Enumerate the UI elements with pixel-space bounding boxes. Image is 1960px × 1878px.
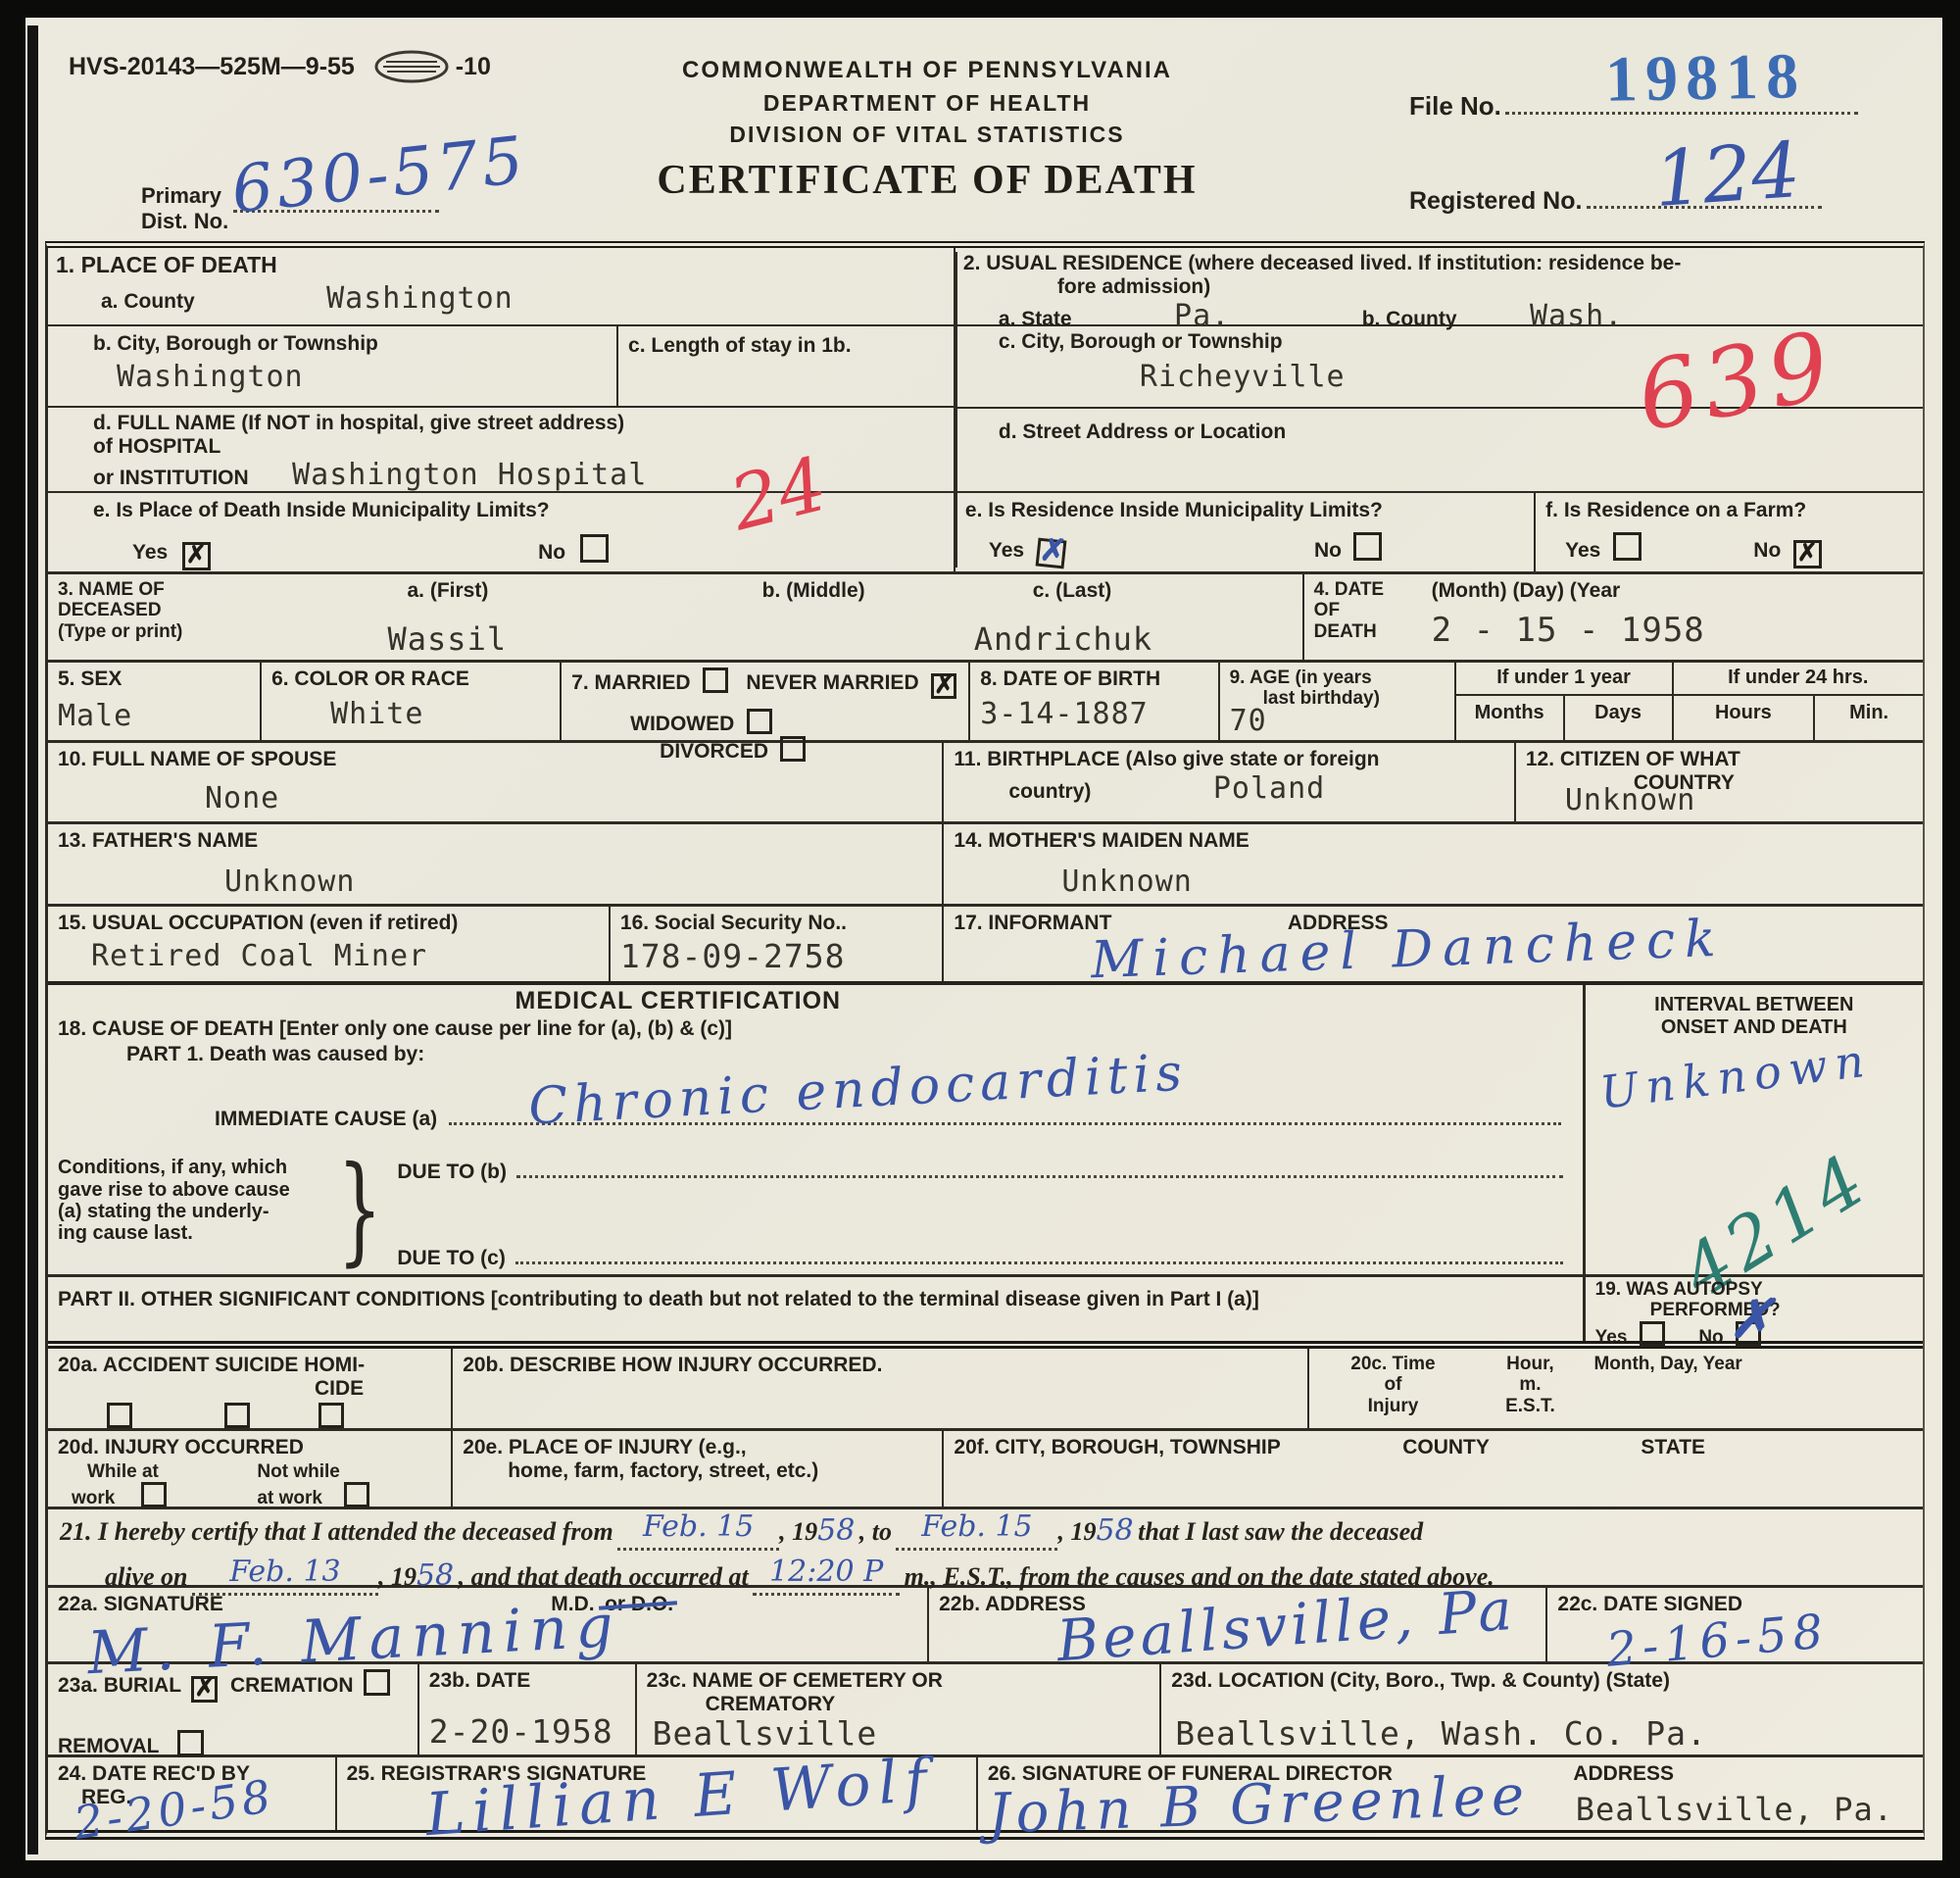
primary-dist-row: Primary Dist. No. 630-575 [141, 171, 439, 233]
sec3c-value: Andrichuk [974, 620, 1293, 658]
scanned-death-certificate: { "colors":{"paper":"#ebe8dc","ink_black… [0, 0, 1960, 1878]
checkbox-accident [107, 1403, 132, 1428]
sec11-label1: 11. BIRTHPLACE (Also give state or forei… [954, 748, 1503, 771]
sec4-cols: (Month) (Day) (Year [1432, 579, 1913, 603]
sec8-cell: 8. DATE OF BIRTH 3-14-1887 [970, 663, 1219, 740]
checkbox-widowed [747, 709, 772, 734]
sec7-widowed-label: WIDOWED [630, 713, 734, 735]
sec14-cell: 14. MOTHER'S MAIDEN NAME Unknown [944, 824, 1923, 904]
page-title: CERTIFICATE OF DEATH [496, 157, 1358, 204]
sec18-title: 18. CAUSE OF DEATH [Enter only one cause… [58, 1017, 1573, 1041]
sec20a-line1: 20a. ACCIDENT SUICIDE HOMI- [58, 1354, 441, 1377]
sec20c-time-label: 20c. Time of Injury [1319, 1354, 1466, 1423]
sec1b-label: b. City, Borough or Township [93, 332, 607, 356]
certify-p1: 21. I hereby certify that I attended the… [60, 1517, 613, 1546]
sec20c-cell: 20c. Time of Injury Hour, m. E.S.T. Mont… [1309, 1349, 1923, 1428]
sec12-cell: 12. CITIZEN OF WHAT COUNTRY Unknown [1516, 743, 1923, 821]
sec1e-no-label: No [538, 541, 565, 564]
interval-a-value: Unknown [1596, 1033, 1874, 1119]
sec16-cell: 16. Social Security No.. 178-09-2758 [611, 907, 945, 981]
sec20f-state-label: STATE [1641, 1436, 1705, 1458]
sec23b-label: 23b. DATE [429, 1669, 625, 1693]
sec22a-cell: 22a. SIGNATURE M.D. or D.O. M. F. Mannin… [48, 1588, 929, 1661]
sec22c-cell: 22c. DATE SIGNED 2-16-58 [1547, 1588, 1923, 1661]
sec8-value: 3-14-1887 [980, 697, 1207, 731]
section-2-usual-residence: 2. USUAL RESIDENCE (where deceased lived… [955, 248, 1923, 571]
sec2e-yes-label: Yes [989, 539, 1024, 562]
registered-no-label: Registered No. [1409, 187, 1582, 215]
section-1-place-of-death: 1. PLACE OF DEATH a. County Washington b… [48, 248, 955, 571]
row-place-residence: 1. PLACE OF DEATH a. County Washington b… [48, 248, 1923, 574]
header: HVS-20143—525M—9-55 -10 COMMONWEALTH OF … [25, 18, 1942, 241]
sec4-value: 2 - 15 - 1958 [1432, 611, 1913, 650]
file-no-row: File No. 19818 [1409, 88, 1919, 122]
sec9-hours-label: Hours [1674, 696, 1816, 742]
checkbox-res-municipality-yes: ✗ [1035, 538, 1066, 569]
conditions-note: Conditions, if any, which gave rise to a… [58, 1157, 322, 1270]
sec9-months-label: Months [1456, 696, 1565, 742]
sec2e-cell: e. Is Residence Inside Municipality Limi… [955, 493, 1536, 574]
certify-p8: , and that death occurred at [459, 1562, 749, 1591]
sec5-value: Male [58, 699, 250, 733]
row-sex-race-marital-dob-age: 5. SEX Male 6. COLOR OR RACE White 7. MA… [48, 663, 1923, 743]
sec3b-label: b. (Middle) [762, 579, 1013, 603]
sec20a-cell: 20a. ACCIDENT SUICIDE HOMI- CIDE [48, 1349, 453, 1428]
sec9-label2: last birthday) [1263, 688, 1445, 709]
sec15-cell: 15. USUAL OCCUPATION (even if retired) R… [48, 907, 611, 981]
physician-address: Beallsville, Pa [1054, 1576, 1518, 1675]
sec6-cell: 6. COLOR OR RACE White [262, 663, 562, 740]
printer-union-stamp-icon [372, 49, 451, 84]
sec3-label-cell: 3. NAME OF DECEASED (Type or print) [48, 574, 339, 660]
sec11-cell: 11. BIRTHPLACE (Also give state or forei… [944, 743, 1515, 821]
checkbox-autopsy-yes [1640, 1321, 1665, 1347]
part2-cell: PART II. OTHER SIGNIFICANT CONDITIONS [c… [48, 1277, 1586, 1341]
sec1d-label1: d. FULL NAME (If NOT in hospital, give s… [93, 412, 944, 435]
primary-dist-value: 630-575 [228, 122, 531, 227]
row-father-mother: 13. FATHER'S NAME Unknown 14. MOTHER'S M… [48, 824, 1923, 907]
row-occupation-ssn-informant: 15. USUAL OCCUPATION (even if retired) R… [48, 907, 1923, 985]
funeral-director-address: Beallsville, Pa. [1576, 1791, 1893, 1828]
sec20b-label: 20b. DESCRIBE HOW INJURY OCCURRED. [463, 1354, 1298, 1377]
interval-heading: INTERVAL BETWEEN ONSET AND DEATH [1595, 994, 1913, 1039]
sec20d-label: 20d. INJURY OCCURRED [58, 1436, 441, 1459]
sec26-address-label: ADDRESS [1573, 1762, 1674, 1785]
sec16-value: 178-09-2758 [620, 937, 933, 975]
sec13-cell: 13. FATHER'S NAME Unknown [48, 824, 944, 904]
sec22c-label: 22c. DATE SIGNED [1557, 1593, 1742, 1615]
sec8-label: 8. DATE OF BIRTH [980, 667, 1207, 691]
sec20f-label: 20f. CITY, BOROUGH, TOWNSHIP [954, 1436, 1280, 1458]
certify-to-yr: 58 [1096, 1513, 1133, 1548]
sec26-cell: 26. SIGNATURE OF FUNERAL DIRECTOR ADDRES… [978, 1757, 1923, 1830]
sec20d-notwhile: Not while [257, 1461, 441, 1482]
certify-to-date: Feb. 15 [921, 1509, 1032, 1544]
row-22-signature: 22a. SIGNATURE M.D. or D.O. M. F. Mannin… [48, 1588, 1923, 1664]
informant-signature: Michael Dancheck [1091, 910, 1727, 991]
sec2e-no-label: No [1314, 539, 1342, 562]
certify-alive-date: Feb. 13 [229, 1555, 340, 1589]
checkbox-autopsy-no: ✗ [1736, 1321, 1761, 1347]
sec2d-label: d. Street Address or Location [999, 420, 1915, 444]
registered-no-row: Registered No. 124 [1409, 182, 1919, 216]
sec1e-yes-label: Yes [132, 541, 168, 564]
sec3c-label: c. (Last) [1033, 579, 1293, 603]
sec9-value: 70 [1230, 704, 1267, 738]
conditions-brace: } [337, 1157, 382, 1270]
sec13-value: Unknown [224, 865, 932, 899]
registered-no-value: 124 [1651, 126, 1803, 224]
certify-p3: , to [859, 1517, 892, 1546]
sec7-cell: 7. MARRIED NEVER MARRIED ✗ WIDOWED DIVOR… [562, 663, 970, 740]
checkbox-farm-yes [1613, 532, 1641, 561]
certify-p6: alive on [105, 1562, 188, 1591]
sec9-days-label: Days [1565, 696, 1672, 742]
sec13-label: 13. FATHER'S NAME [58, 829, 932, 853]
certify-to-fill: Feb. 15 [896, 1513, 1057, 1551]
row-20abc: 20a. ACCIDENT SUICIDE HOMI- CIDE 20b. DE… [48, 1349, 1923, 1431]
sec20a-line2: CIDE [315, 1377, 441, 1401]
certify-time: 12:20 P [769, 1555, 883, 1589]
sec23b-value: 2-20-1958 [429, 1712, 613, 1751]
sec19-cell: 19. WAS AUTOPSY PERFORMED? Yes No ✗ [1586, 1277, 1923, 1341]
sec3-last-cell: c. (Last) Andrichuk [1023, 574, 1304, 660]
registrar-signature: Lillian E Wolf [423, 1746, 937, 1850]
sec9-min-label: Min. [1815, 696, 1923, 742]
sec20f-county-label: COUNTY [1402, 1436, 1490, 1458]
checkbox-injury-not-at-work [344, 1482, 369, 1507]
sec19-label2: PERFORMED? [1650, 1300, 1913, 1320]
primary-dist-label: Primary Dist. No. [141, 183, 228, 233]
sec2f-yes-label: Yes [1565, 539, 1600, 562]
sec9-under24-cell: If under 24 hrs. Hours Min. [1674, 663, 1923, 740]
checkbox-res-municipality-no [1353, 532, 1382, 561]
due-to-b-label: DUE TO (b) [397, 1161, 507, 1184]
scan-spine-shadow [27, 25, 38, 1854]
row-medical-certification: MEDICAL CERTIFICATION 18. CAUSE OF DEATH… [48, 985, 1923, 1277]
sec20e-cell: 20e. PLACE OF INJURY (e.g., home, farm, … [453, 1431, 944, 1507]
sec7-married-label: 7. MARRIED [571, 671, 690, 694]
checkbox-pod-municipality-yes: ✗ [182, 542, 211, 570]
sec2f-label: f. Is Residence on a Farm? [1545, 499, 1913, 522]
sec9-under24-label: If under 24 hrs. [1674, 663, 1923, 696]
sec20f-cell: 20f. CITY, BOROUGH, TOWNSHIP COUNTY STAT… [944, 1431, 1923, 1507]
sec1c-cell: c. Length of stay in 1b. [618, 326, 954, 406]
sec25-cell: 25. REGISTRAR'S SIGNATURE Lillian E Wolf [337, 1757, 978, 1830]
sec23b-cell: 23b. DATE 2-20-1958 [419, 1664, 637, 1754]
sec14-label: 14. MOTHER'S MAIDEN NAME [954, 829, 1913, 853]
sec17-cell: 17. INFORMANT ADDRESS Michael Dancheck [944, 907, 1923, 981]
sec1d-value: Washington Hospital [292, 458, 647, 492]
sec10-cell: 10. FULL NAME OF SPOUSE None [48, 743, 944, 821]
due-to-c-label: DUE TO (c) [397, 1247, 505, 1270]
sec20c-hour-label: Hour, m. E.S.T. [1466, 1354, 1593, 1423]
sec2f-cell: f. Is Residence on a Farm? Yes No ✗ [1536, 493, 1923, 574]
checkbox-homicide [318, 1403, 344, 1428]
form-code-line: HVS-20143—525M—9-55 -10 [69, 49, 491, 84]
sec3a-label: a. (First) [408, 579, 713, 603]
row-20def: 20d. INJURY OCCURRED While at work Not w… [48, 1431, 1923, 1509]
org-line-1: COMMONWEALTH OF PENNSYLVANIA [496, 57, 1358, 84]
sec20d-atwork: at work [257, 1488, 322, 1508]
sec23c-label2: CREMATORY [706, 1693, 1151, 1716]
checkbox-never-married: ✗ [931, 673, 956, 699]
interval-column: INTERVAL BETWEEN ONSET AND DEATH Unknown… [1586, 985, 1923, 1274]
sec23d-value: Beallsville, Wash. Co. Pa. [1175, 1714, 1707, 1753]
sec3-label: 3. NAME OF DECEASED (Type or print) [58, 579, 329, 642]
certify-p2: , 19 [779, 1517, 817, 1546]
sec16-label: 16. Social Security No.. [620, 912, 933, 935]
sec19-yes-label: Yes [1595, 1327, 1628, 1348]
checkbox-suicide [224, 1403, 250, 1428]
sec23d-label: 23d. LOCATION (City, Boro., Twp. & Count… [1171, 1669, 1913, 1693]
file-no-label: File No. [1409, 91, 1501, 121]
checkbox-injury-at-work [141, 1482, 167, 1507]
sec18-main: MEDICAL CERTIFICATION 18. CAUSE OF DEATH… [48, 985, 1586, 1274]
sec20d-whileat: While at [87, 1461, 257, 1482]
sec12-label1: 12. CITIZEN OF WHAT [1526, 748, 1913, 771]
sec10-label: 10. FULL NAME OF SPOUSE [58, 748, 932, 771]
sec11-label2: country) [1008, 780, 1091, 803]
sec10-value: None [205, 781, 932, 815]
sec15-label: 15. USUAL OCCUPATION (even if retired) [58, 912, 599, 935]
checkbox-farm-no: ✗ [1793, 540, 1822, 568]
sec20d-cell: 20d. INJURY OCCURRED While at work Not w… [48, 1431, 453, 1507]
sec6-label: 6. COLOR OR RACE [271, 667, 550, 691]
sec3a-value: Wassil [388, 620, 713, 658]
sec9-under1-cell: If under 1 year Months Days [1456, 663, 1674, 740]
autopsy-no-x-mark: ✗ [1729, 1309, 1773, 1328]
sec23d-cell: 23d. LOCATION (City, Boro., Twp. & Count… [1161, 1664, 1923, 1754]
checkbox-pod-municipality-no [580, 534, 609, 563]
sec1b-cell: b. City, Borough or Township Washington [48, 326, 618, 406]
org-line-3: DIVISION OF VITAL STATISTICS [496, 122, 1358, 147]
certificate-form: 1. PLACE OF DEATH a. County Washington b… [45, 241, 1925, 1840]
checkbox-married [703, 667, 728, 693]
row-spouse-birthplace-citizen: 10. FULL NAME OF SPOUSE None 11. BIRTHPL… [48, 743, 1923, 824]
sec1b-value: Washington [117, 360, 607, 394]
sec5-cell: 5. SEX Male [48, 663, 262, 740]
sec19-no-label: No [1698, 1327, 1723, 1348]
stamp-suffix: -10 [456, 53, 491, 80]
row-name-dateofdeath: 3. NAME OF DECEASED (Type or print) a. (… [48, 574, 1923, 663]
certificate-paper: HVS-20143—525M—9-55 -10 COMMONWEALTH OF … [25, 18, 1942, 1860]
sec1a-label: a. County [101, 290, 195, 313]
sec23a-removal-label: REMOVAL [58, 1735, 159, 1757]
certify-p5: that I last saw the deceased [1138, 1517, 1423, 1546]
agency-block: COMMONWEALTH OF PENNSYLVANIA DEPARTMENT … [496, 57, 1358, 204]
sec20e-label2: home, farm, factory, street, etc.) [508, 1459, 932, 1483]
sec2f-no-label: No [1753, 539, 1781, 562]
sec22a-label: 22a. SIGNATURE [58, 1593, 223, 1615]
immediate-cause-label: IMMEDIATE CAUSE (a) [215, 1108, 437, 1131]
sec2-title1: 2. USUAL RESIDENCE (where deceased lived… [963, 252, 1915, 275]
certify-p7: , 19 [378, 1562, 416, 1591]
row-24-26: 24. DATE REC'D BY REG. 2-20-58 25. REGIS… [48, 1757, 1923, 1830]
sec12-value: Unknown [1565, 783, 1695, 817]
certify-p4: , 19 [1057, 1517, 1096, 1546]
sec20d-work: work [72, 1488, 115, 1508]
certify-from-date: Feb. 15 [643, 1509, 754, 1544]
row-21-certify: 21. I hereby certify that I attended the… [48, 1509, 1923, 1588]
sec20b-cell: 20b. DESCRIBE HOW INJURY OCCURRED. [453, 1349, 1309, 1428]
due-to-b-line [516, 1171, 1563, 1178]
checkbox-removal [177, 1730, 204, 1756]
certify-from-fill: Feb. 15 [617, 1513, 779, 1551]
sec7-nevermarried-label: NEVER MARRIED [746, 671, 918, 694]
sec1-title: 1. PLACE OF DEATH [56, 252, 946, 277]
sec5-label: 5. SEX [58, 667, 250, 691]
sec20e-label1: 20e. PLACE OF INJURY (e.g., [463, 1436, 932, 1459]
sec9-under1-label: If under 1 year [1456, 663, 1672, 696]
file-no-stamp: 19818 [1604, 39, 1806, 118]
sec14-value: Unknown [1061, 865, 1913, 899]
sec15-value: Retired Coal Miner [91, 939, 599, 973]
sec6-value: White [330, 697, 550, 731]
sec1a-value: Washington [326, 281, 514, 316]
sec2e-label: e. Is Residence Inside Municipality Limi… [965, 499, 1524, 522]
sec24-cell: 24. DATE REC'D BY REG. 2-20-58 [48, 1757, 337, 1830]
due-to-c-line [515, 1258, 1563, 1264]
sec20c-mdy-label: Month, Day, Year [1593, 1354, 1913, 1423]
sec23c-value: Beallsville [653, 1714, 878, 1753]
sec9-cell: 9. AGE (in years last birthday) 70 [1220, 663, 1456, 740]
row-part2-autopsy: PART II. OTHER SIGNIFICANT CONDITIONS [c… [48, 1277, 1923, 1349]
sec23c-cell: 23c. NAME OF CEMETERY OR CREMATORY Beall… [637, 1664, 1162, 1754]
sec1d-label3: or INSTITUTION [93, 467, 249, 489]
sec9-label1: 9. AGE (in years [1230, 667, 1445, 688]
sec1c-label: c. Length of stay in 1b. [628, 334, 944, 358]
sec4-label: 4. DATE OF DEATH [1314, 579, 1432, 655]
sec3-first-cell: a. (First) Wassil [339, 574, 723, 660]
certify-from-yr: 58 [817, 1513, 855, 1548]
sec11-value: Poland [1213, 771, 1325, 806]
part2-text: PART II. OTHER SIGNIFICANT CONDITIONS [c… [58, 1288, 1573, 1311]
row-23-burial: 23a. BURIAL ✗ CREMATION REMOVAL 23b. DAT… [48, 1664, 1923, 1757]
org-line-2: DEPARTMENT OF HEALTH [496, 90, 1358, 116]
medical-certification-heading: MEDICAL CERTIFICATION [0, 987, 1436, 1015]
sec17-label: 17. INFORMANT [954, 912, 1111, 934]
sec22b-cell: 22b. ADDRESS Beallsville, Pa [929, 1588, 1547, 1661]
sec4-cell: 4. DATE OF DEATH (Month) (Day) (Year 2 -… [1304, 574, 1923, 660]
form-code: HVS-20143—525M—9-55 [69, 53, 355, 80]
